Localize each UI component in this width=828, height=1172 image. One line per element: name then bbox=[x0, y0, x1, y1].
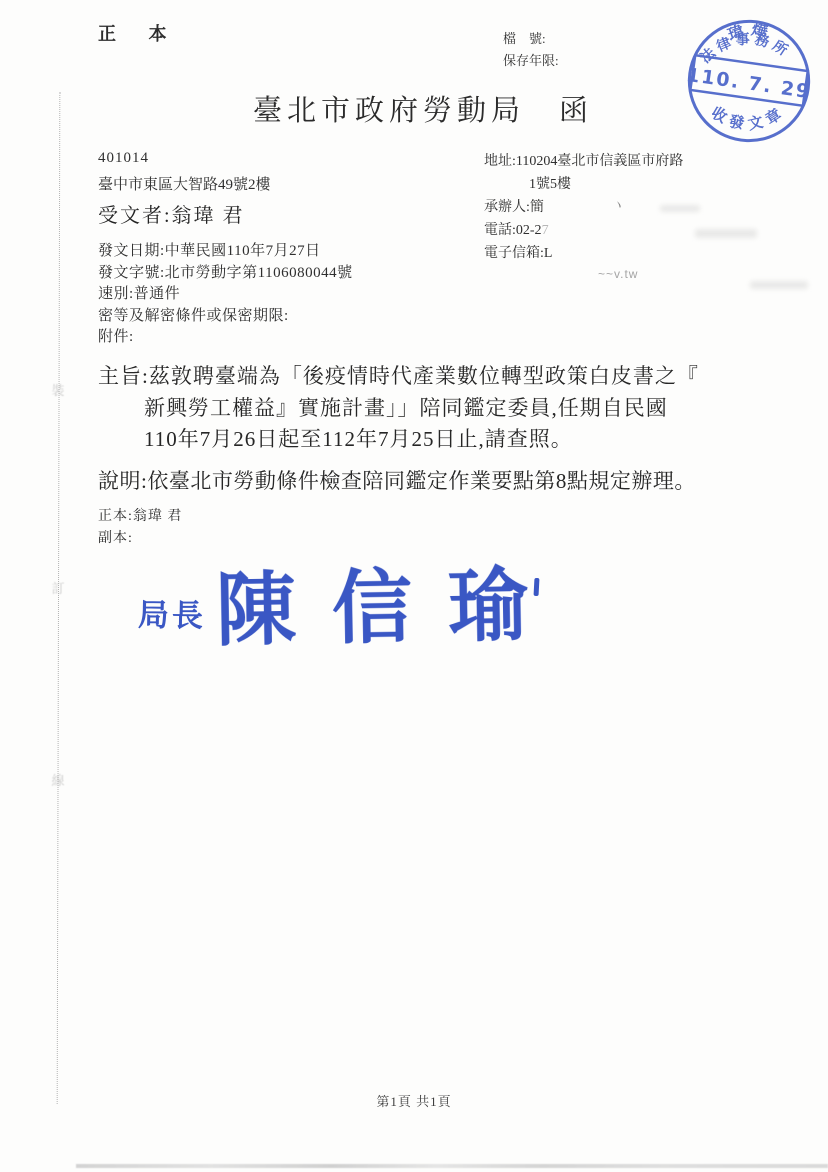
contact-officer: 承辦人:簡 bbox=[484, 200, 544, 215]
contact-phone-row: 電話:02-27 bbox=[484, 219, 814, 242]
meta-attachment: 附件: bbox=[98, 327, 353, 349]
erased-area bbox=[750, 281, 808, 289]
subject-line-2: 新興勞工權益』實施計畫」」陪同鑑定委員,任期自民國 bbox=[98, 393, 798, 425]
meta-security-class: 密等及解密條件或保密期限: bbox=[98, 306, 353, 328]
agency-address-line2: 1號5樓 bbox=[484, 173, 814, 196]
signature-ink-tick bbox=[534, 578, 540, 596]
contact-officer-row: 承辦人:簡 丶 bbox=[484, 196, 814, 219]
scanned-official-letter: 裝 訂 線 正 本 檔 號: 保存年限: 瑋燁 法律事務所 bbox=[0, 0, 828, 1172]
document-meta-block: 發文日期:中華民國110年7月27日 發文字號:北市勞動字第1106080044… bbox=[98, 241, 353, 349]
contact-phone: 電話:02-2 bbox=[484, 223, 542, 238]
binding-mark-zhuang: 裝 bbox=[50, 380, 66, 399]
contact-email: 電子信箱:L bbox=[484, 242, 814, 265]
subject-line-1: 主旨:茲敦聘臺端為「後疫情時代產業數位轉型政策白皮書之『 bbox=[98, 361, 798, 393]
file-number-block: 檔 號: 保存年限: bbox=[503, 28, 559, 72]
subject-line-3: 110年7月26日起至112年7月25日止,請查照。 bbox=[98, 424, 798, 456]
distribution-copy: 副本: bbox=[98, 528, 182, 550]
signature-name-stamp: 陳 信 瑜 bbox=[215, 567, 536, 653]
contact-phone-faint-digit: 7 bbox=[542, 223, 549, 238]
binding-mark-ding: 訂 bbox=[50, 578, 66, 597]
erased-officer-mark: 丶 bbox=[609, 193, 628, 219]
meta-doc-number: 發文字號:北市勞動字第1106080044號 bbox=[98, 263, 353, 285]
retention-period-label: 保存年限: bbox=[503, 50, 559, 72]
subject-paragraph: 主旨:茲敦聘臺端為「後疫情時代產業數位轉型政策白皮書之『 新興勞工權益』實施計畫… bbox=[98, 361, 798, 456]
page-number-footer: 第1頁 共1頁 bbox=[0, 1091, 828, 1110]
erased-area bbox=[660, 205, 700, 212]
receipt-stamp-graphic: 瑋燁 法律事務所 收發文章 110. 7. 29 bbox=[678, 10, 820, 152]
director-signature-block: 局長 陳 信 瑜 bbox=[137, 567, 536, 654]
recipient-name-line: 受文者:翁瑋 君 bbox=[98, 199, 271, 228]
copy-type-label: 正 本 bbox=[98, 20, 181, 46]
binding-dotted-line bbox=[57, 92, 61, 1104]
scan-edge-artifact bbox=[76, 1164, 828, 1168]
file-number-label: 檔 號: bbox=[503, 28, 559, 50]
signature-title: 局長 bbox=[138, 589, 207, 635]
agency-contact-block: 地址:110204臺北市信義區市府路 1號5樓 承辦人:簡 丶 電話:02-27… bbox=[484, 150, 814, 265]
distribution-original: 正本:翁瑋 君 bbox=[98, 506, 182, 528]
law-firm-receipt-stamp: 瑋燁 法律事務所 收發文章 110. 7. 29 bbox=[678, 10, 820, 152]
recipient-block: 401014 臺中市東區大智路49號2樓 受文者:翁瑋 君 bbox=[98, 150, 271, 228]
distribution-block: 正本:翁瑋 君 副本: bbox=[98, 506, 182, 550]
recipient-zip: 401014 bbox=[98, 150, 271, 167]
description-paragraph: 說明:依臺北市勞動條件檢查陪同鑑定作業要點第8點規定辦理。 bbox=[98, 465, 814, 495]
recipient-address: 臺中市東區大智路49號2樓 bbox=[98, 173, 271, 194]
erased-area bbox=[695, 229, 757, 238]
meta-issue-date: 發文日期:中華民國110年7月27日 bbox=[98, 241, 353, 263]
erased-email-fragment: ~~v.tw bbox=[598, 263, 638, 286]
agency-address-line1: 地址:110204臺北市信義區市府路 bbox=[484, 150, 814, 173]
meta-speed-class: 速別:普通件 bbox=[98, 284, 353, 306]
document-title: 臺北市政府勞動局 函 bbox=[0, 88, 828, 129]
binding-mark-xian: 線 bbox=[50, 770, 66, 789]
